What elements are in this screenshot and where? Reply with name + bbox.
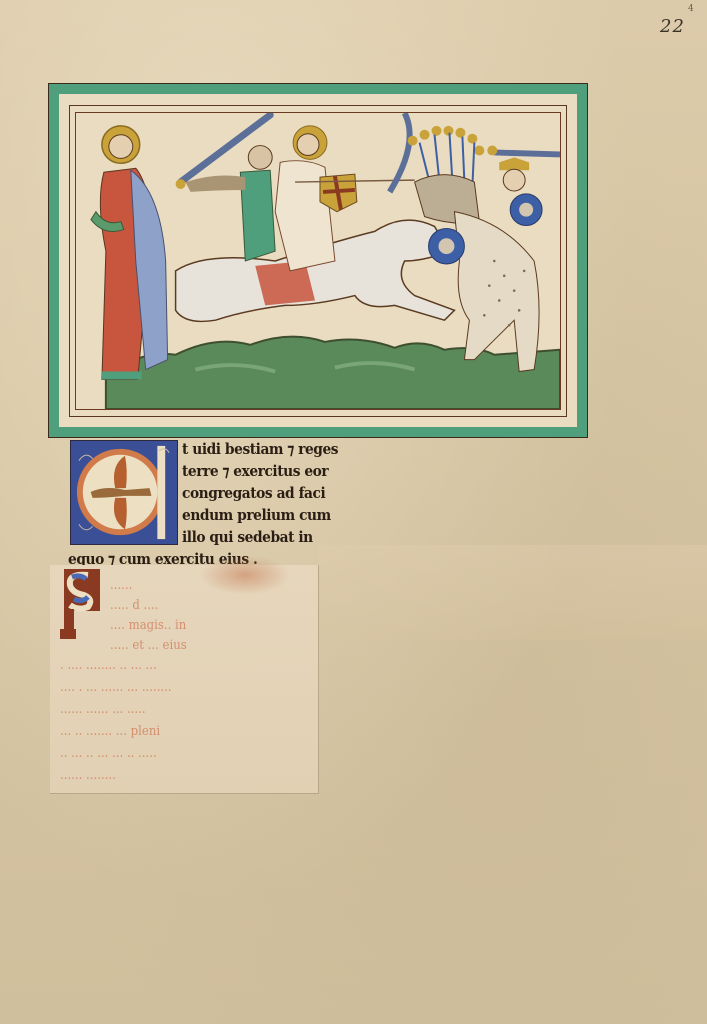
commentary-line-5: . .... ........ .. ... ... (60, 658, 157, 673)
commentary-line-10: ...... ........ (60, 768, 116, 783)
text-line-2: terre ⁊ exercitus eor (182, 462, 328, 480)
crowned-king (487, 146, 560, 226)
commentary-line-2: ..... d .... (110, 598, 158, 613)
folio-superscript: 4 (688, 4, 694, 14)
decorated-initial-s (60, 569, 102, 639)
commentary-line-6: .... . ... ...... ... ........ (60, 680, 172, 695)
battle-scene-illustration (76, 113, 560, 409)
red-stain (200, 555, 290, 595)
text-line-5: illo qui sedebat in (182, 528, 313, 546)
manuscript-page: 22 4 (0, 0, 707, 1024)
commentary-line-7: ...... ...... ... ..... (60, 702, 146, 717)
decorated-initial-e (70, 440, 178, 545)
john-figure (91, 126, 168, 380)
miniature-scene (76, 113, 560, 409)
commentary-line-3: .... magis.. in (110, 618, 186, 633)
commentary-line-4: ..... et ... eius (110, 638, 187, 653)
text-line-3: congregatos ad faci (182, 484, 325, 502)
faded-offset-region (318, 545, 707, 640)
armed-companion (176, 115, 276, 261)
eagle-initial-illustration (71, 441, 177, 544)
commentary-line-1: ...... (110, 578, 132, 593)
green-hills (106, 337, 560, 409)
text-line-4: endum prelium cum (182, 506, 331, 524)
commentary-line-9: .. ... .. ... ... .. ..... (60, 746, 157, 761)
commentary-line-8: ... .. ....... ... pleni (60, 724, 160, 739)
text-line-1: t uidi bestiam ⁊ reges (182, 440, 338, 458)
folio-number: 22 (660, 16, 685, 37)
miniature-frame (48, 83, 588, 438)
